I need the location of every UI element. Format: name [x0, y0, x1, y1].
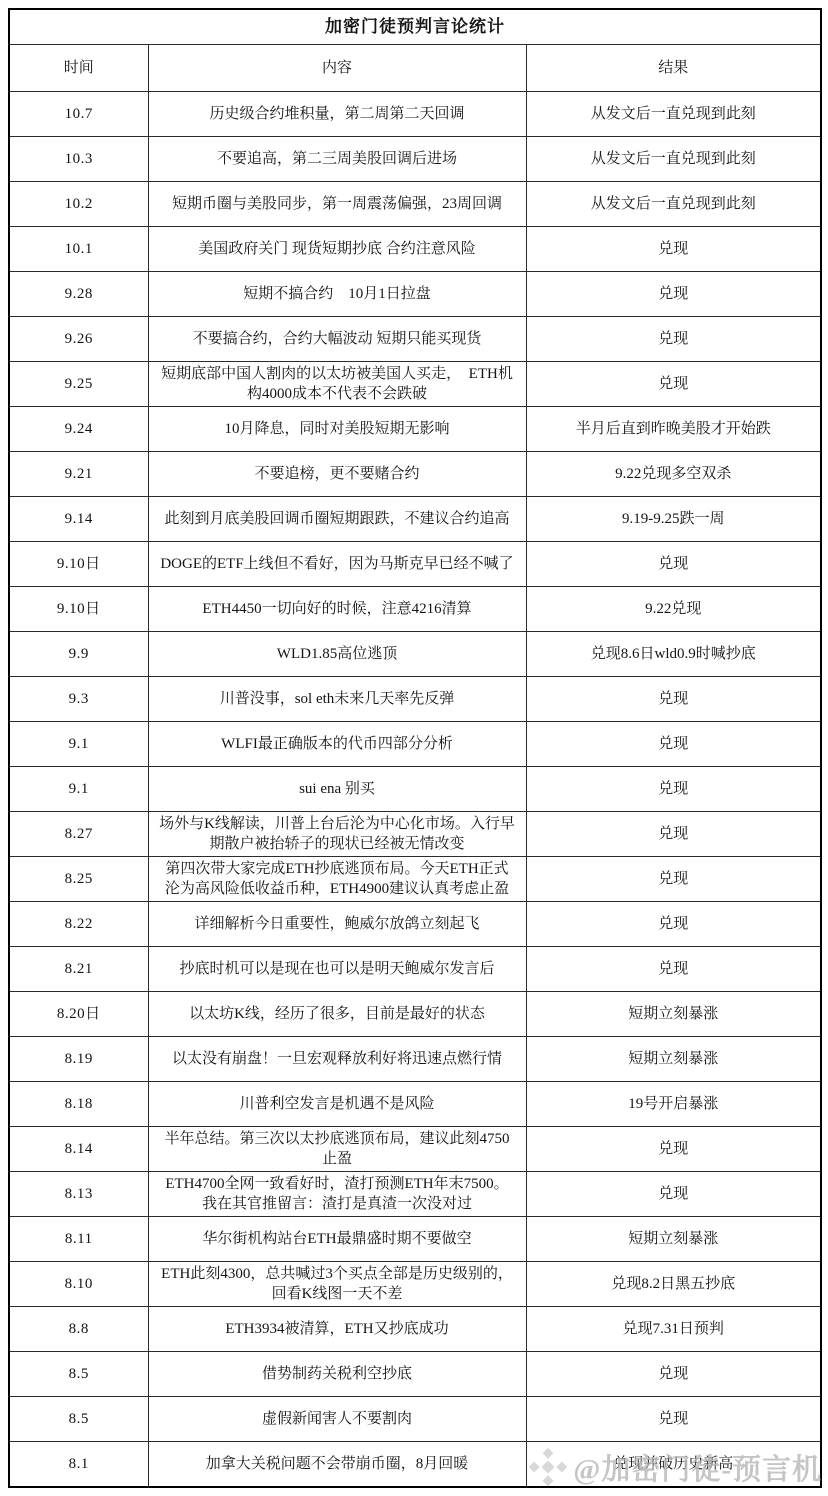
- cell-time: 9.9: [9, 632, 148, 677]
- cell-time: 9.1: [9, 722, 148, 767]
- table-row: 8.8 ETH3934被清算，ETH又抄底成功 兑现7.31日预判: [9, 1307, 821, 1352]
- cell-result: 兑现: [526, 362, 821, 407]
- cell-time: 9.26: [9, 317, 148, 362]
- cell-time: 8.11: [9, 1217, 148, 1262]
- cell-result: 从发文后一直兑现到此刻: [526, 92, 821, 137]
- table-row: 9.25 短期底部中国人割肉的以太坊被美国人买走， ETH机构4000成本不代表…: [9, 362, 821, 407]
- cell-result: 兑现8.6日wld0.9时喊抄底: [526, 632, 821, 677]
- cell-content: 不要追高，第二三周美股回调后进场: [148, 137, 526, 182]
- cell-time: 9.10日: [9, 542, 148, 587]
- page: 加密门徒预判言论统计 时间 内容 结果 10.7 历史级合约堆积量，第二周第二天…: [8, 8, 820, 1488]
- cell-result: 兑现: [526, 857, 821, 902]
- cell-time: 8.5: [9, 1397, 148, 1442]
- table-row: 9.3 川普没事，sol eth未来几天率先反弹 兑现: [9, 677, 821, 722]
- page-title: 加密门徒预判言论统计: [9, 9, 821, 45]
- cell-result: 兑现: [526, 722, 821, 767]
- cell-content: 历史级合约堆积量，第二周第二天回调: [148, 92, 526, 137]
- cell-content: 半年总结。第三次以太抄底逃顶布局，建议此刻4750止盈: [148, 1127, 526, 1172]
- cell-content: ETH4450一切向好的时候，注意4216清算: [148, 587, 526, 632]
- cell-result: 9.22兑现: [526, 587, 821, 632]
- table-row: 8.18 川普利空发言是机遇不是风险 19号开启暴涨: [9, 1082, 821, 1127]
- table-row: 9.10日 DOGE的ETF上线但不看好，因为马斯克早已经不喊了 兑现: [9, 542, 821, 587]
- cell-result: 兑现: [526, 1397, 821, 1442]
- cell-time: 8.27: [9, 812, 148, 857]
- cell-content: 场外与K线解读，川普上台后沦为中心化市场。入行早期散户被抬轿子的现状已经被无情改…: [148, 812, 526, 857]
- cell-content: 加拿大关税问题不会带崩币圈，8月回暖: [148, 1442, 526, 1488]
- cell-time: 8.1: [9, 1442, 148, 1488]
- cell-result: 兑现7.31日预判: [526, 1307, 821, 1352]
- cell-content: 短期不搞合约 10月1日拉盘: [148, 272, 526, 317]
- cell-time: 9.25: [9, 362, 148, 407]
- table-row: 8.13 ETH4700全网一致看好时，渣打预测ETH年末7500。我在其官推留…: [9, 1172, 821, 1217]
- table-row: 8.19 以太没有崩盘！一旦宏观释放利好将迅速点燃行情 短期立刻暴涨: [9, 1037, 821, 1082]
- column-header-row: 时间 内容 结果: [9, 45, 821, 92]
- cell-result: 兑现: [526, 1127, 821, 1172]
- cell-result: 兑现: [526, 947, 821, 992]
- cell-result: 兑现: [526, 317, 821, 362]
- cell-time: 10.3: [9, 137, 148, 182]
- cell-content: WLFI最正确版本的代币四部分分析: [148, 722, 526, 767]
- cell-result: 兑现: [526, 227, 821, 272]
- prediction-table: 加密门徒预判言论统计 时间 内容 结果 10.7 历史级合约堆积量，第二周第二天…: [8, 8, 822, 1488]
- cell-time: 8.13: [9, 1172, 148, 1217]
- cell-time: 8.5: [9, 1352, 148, 1397]
- table-body: 10.7 历史级合约堆积量，第二周第二天回调 从发文后一直兑现到此刻 10.3 …: [9, 92, 821, 1488]
- cell-time: 8.18: [9, 1082, 148, 1127]
- cell-result: 半月后直到昨晚美股才开始跌: [526, 407, 821, 452]
- cell-result: 兑现: [526, 812, 821, 857]
- cell-content: 此刻到月底美股回调币圈短期跟跌，不建议合约追高: [148, 497, 526, 542]
- cell-time: 8.19: [9, 1037, 148, 1082]
- cell-result: 兑现: [526, 767, 821, 812]
- table-row: 10.7 历史级合约堆积量，第二周第二天回调 从发文后一直兑现到此刻: [9, 92, 821, 137]
- cell-time: 9.28: [9, 272, 148, 317]
- cell-content: 10月降息，同时对美股短期无影响: [148, 407, 526, 452]
- cell-result: 9.22兑现多空双杀: [526, 452, 821, 497]
- cell-content: 虚假新闻害人不要割肉: [148, 1397, 526, 1442]
- cell-time: 10.1: [9, 227, 148, 272]
- cell-result: 兑现: [526, 1352, 821, 1397]
- column-header-content: 内容: [148, 45, 526, 92]
- cell-result: 短期立刻暴涨: [526, 1217, 821, 1262]
- cell-content: 川普没事，sol eth未来几天率先反弹: [148, 677, 526, 722]
- cell-content: 华尔街机构站台ETH最鼎盛时期不要做空: [148, 1217, 526, 1262]
- table-row: 8.22 详细解析今日重要性，鲍威尔放鸽立刻起飞 兑现: [9, 902, 821, 947]
- cell-time: 9.14: [9, 497, 148, 542]
- cell-content: 不要搞合约，合约大幅波动 短期只能买现货: [148, 317, 526, 362]
- cell-content: 详细解析今日重要性，鲍威尔放鸽立刻起飞: [148, 902, 526, 947]
- table-row: 10.1 美国政府关门 现货短期抄底 合约注意风险 兑现: [9, 227, 821, 272]
- table-row: 8.5 借势制药关税利空抄底 兑现: [9, 1352, 821, 1397]
- cell-content: DOGE的ETF上线但不看好，因为马斯克早已经不喊了: [148, 542, 526, 587]
- table-row: 8.21 抄底时机可以是现在也可以是明天鲍威尔发言后 兑现: [9, 947, 821, 992]
- cell-content: 川普利空发言是机遇不是风险: [148, 1082, 526, 1127]
- table-row: 8.25 第四次带大家完成ETH抄底逃顶布局。今天ETH正式沦为高风险低收益币种…: [9, 857, 821, 902]
- cell-time: 10.7: [9, 92, 148, 137]
- table-row: 9.24 10月降息，同时对美股短期无影响 半月后直到昨晚美股才开始跌: [9, 407, 821, 452]
- table-row: 8.5 虚假新闻害人不要割肉 兑现: [9, 1397, 821, 1442]
- cell-content: 借势制药关税利空抄底: [148, 1352, 526, 1397]
- cell-time: 9.1: [9, 767, 148, 812]
- cell-result: 兑现: [526, 272, 821, 317]
- cell-result: 兑现: [526, 542, 821, 587]
- table-row: 9.9 WLD1.85高位逃顶 兑现8.6日wld0.9时喊抄底: [9, 632, 821, 677]
- cell-content: WLD1.85高位逃顶: [148, 632, 526, 677]
- cell-time: 8.20日: [9, 992, 148, 1037]
- table-row: 9.1 WLFI最正确版本的代币四部分分析 兑现: [9, 722, 821, 767]
- cell-content: 美国政府关门 现货短期抄底 合约注意风险: [148, 227, 526, 272]
- column-header-result: 结果: [526, 45, 821, 92]
- cell-result: 兑现: [526, 677, 821, 722]
- table-row: 8.14 半年总结。第三次以太抄底逃顶布局，建议此刻4750止盈 兑现: [9, 1127, 821, 1172]
- cell-result: 从发文后一直兑现到此刻: [526, 137, 821, 182]
- cell-result: 9.19-9.25跌一周: [526, 497, 821, 542]
- table-row: 9.10日 ETH4450一切向好的时候，注意4216清算 9.22兑现: [9, 587, 821, 632]
- cell-content: ETH4700全网一致看好时，渣打预测ETH年末7500。我在其官推留言：渣打是…: [148, 1172, 526, 1217]
- table-row: 8.1 加拿大关税问题不会带崩币圈，8月回暖 兑现并破历史新高: [9, 1442, 821, 1488]
- column-header-time: 时间: [9, 45, 148, 92]
- table-row: 9.26 不要搞合约，合约大幅波动 短期只能买现货 兑现: [9, 317, 821, 362]
- cell-content: 以太坊K线，经历了很多，目前是最好的状态: [148, 992, 526, 1037]
- cell-time: 9.21: [9, 452, 148, 497]
- table-row: 10.3 不要追高，第二三周美股回调后进场 从发文后一直兑现到此刻: [9, 137, 821, 182]
- cell-time: 8.14: [9, 1127, 148, 1172]
- cell-content: 不要追榜，更不要赌合约: [148, 452, 526, 497]
- cell-result: 兑现8.2日黑五抄底: [526, 1262, 821, 1307]
- cell-time: 8.10: [9, 1262, 148, 1307]
- cell-time: 8.21: [9, 947, 148, 992]
- cell-time: 9.10日: [9, 587, 148, 632]
- cell-result: 短期立刻暴涨: [526, 1037, 821, 1082]
- table-row: 9.14 此刻到月底美股回调币圈短期跟跌，不建议合约追高 9.19-9.25跌一…: [9, 497, 821, 542]
- cell-result: 兑现并破历史新高: [526, 1442, 821, 1488]
- cell-content: 以太没有崩盘！一旦宏观释放利好将迅速点燃行情: [148, 1037, 526, 1082]
- table-row: 9.28 短期不搞合约 10月1日拉盘 兑现: [9, 272, 821, 317]
- table-row: 8.20日 以太坊K线，经历了很多，目前是最好的状态 短期立刻暴涨: [9, 992, 821, 1037]
- table-row: 8.10 ETH此刻4300，总共喊过3个买点全部是历史级别的，回看K线图一天不…: [9, 1262, 821, 1307]
- cell-content: 抄底时机可以是现在也可以是明天鲍威尔发言后: [148, 947, 526, 992]
- cell-time: 9.24: [9, 407, 148, 452]
- cell-result: 从发文后一直兑现到此刻: [526, 182, 821, 227]
- cell-time: 9.3: [9, 677, 148, 722]
- cell-result: 19号开启暴涨: [526, 1082, 821, 1127]
- table-row: 10.2 短期币圈与美股同步，第一周震荡偏强，23周回调 从发文后一直兑现到此刻: [9, 182, 821, 227]
- table-row: 8.11 华尔街机构站台ETH最鼎盛时期不要做空 短期立刻暴涨: [9, 1217, 821, 1262]
- table-row: 9.21 不要追榜，更不要赌合约 9.22兑现多空双杀: [9, 452, 821, 497]
- cell-content: 短期币圈与美股同步，第一周震荡偏强，23周回调: [148, 182, 526, 227]
- table-row: 9.1 sui ena 别买 兑现: [9, 767, 821, 812]
- cell-time: 8.25: [9, 857, 148, 902]
- cell-content: 第四次带大家完成ETH抄底逃顶布局。今天ETH正式沦为高风险低收益币种，ETH4…: [148, 857, 526, 902]
- cell-content: 短期底部中国人割肉的以太坊被美国人买走， ETH机构4000成本不代表不会跌破: [148, 362, 526, 407]
- table-row: 8.27 场外与K线解读，川普上台后沦为中心化市场。入行早期散户被抬轿子的现状已…: [9, 812, 821, 857]
- title-row: 加密门徒预判言论统计: [9, 9, 821, 45]
- cell-time: 10.2: [9, 182, 148, 227]
- cell-result: 兑现: [526, 902, 821, 947]
- cell-content: ETH3934被清算，ETH又抄底成功: [148, 1307, 526, 1352]
- cell-result: 兑现: [526, 1172, 821, 1217]
- cell-time: 8.22: [9, 902, 148, 947]
- cell-time: 8.8: [9, 1307, 148, 1352]
- cell-content: ETH此刻4300，总共喊过3个买点全部是历史级别的，回看K线图一天不差: [148, 1262, 526, 1307]
- cell-content: sui ena 别买: [148, 767, 526, 812]
- cell-result: 短期立刻暴涨: [526, 992, 821, 1037]
